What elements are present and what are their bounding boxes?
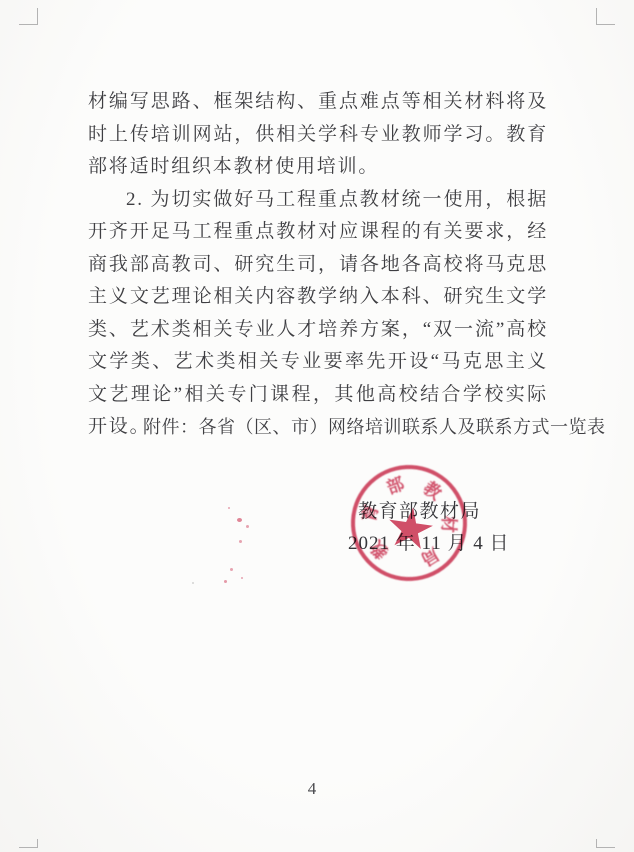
seal-ring-char: 材 (438, 514, 459, 535)
attachment-line: 附件：各省（区、市）网络培训联系人及联系方式一览表 (143, 411, 583, 443)
document-body: 材编写思路、框架结构、重点难点等相关材料将及时上传培训网站，供相关学科专业教师学… (88, 86, 548, 444)
ink-speck (224, 580, 227, 583)
body-paragraph-continuation: 材编写思路、框架结构、重点难点等相关材料将及时上传培训网站，供相关学科专业教师学… (88, 86, 548, 184)
page-number: 4 (0, 779, 624, 799)
ink-speck (239, 540, 242, 543)
crop-mark-bottom-right (596, 839, 615, 848)
ink-speck (241, 577, 243, 579)
ink-speck (228, 507, 230, 509)
ink-speck (237, 518, 242, 522)
ink-speck (192, 582, 194, 584)
ink-speck (230, 568, 233, 571)
official-red-seal: 教 育 部 教 材 局 (343, 457, 474, 588)
ink-speck (246, 525, 249, 528)
body-paragraph-item-2: 2. 为切实做好马工程重点教材统一使用，根据开齐开足马工程重点教材对应课程的有关… (88, 184, 548, 444)
crop-mark-top-right (596, 8, 615, 25)
crop-mark-bottom-left (19, 839, 38, 848)
scanned-document-page: 材编写思路、框架结构、重点难点等相关材料将及时上传培训网站，供相关学科专业教师学… (0, 0, 634, 852)
crop-mark-top-left (19, 8, 38, 25)
